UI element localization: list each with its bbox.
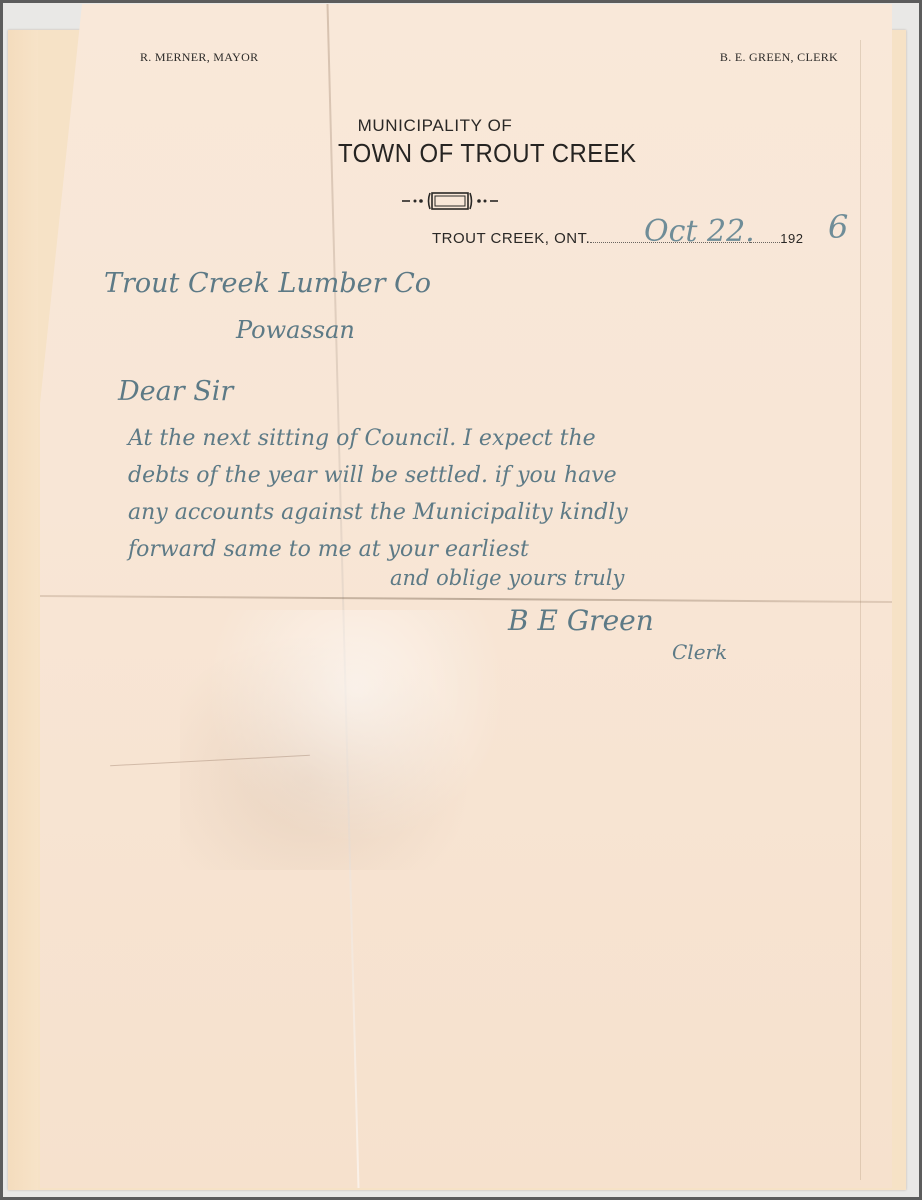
addressee-place: Powassan — [236, 316, 355, 344]
closing: and oblige yours truly — [390, 566, 624, 590]
handwritten-date: Oct 22. — [644, 214, 755, 249]
municipality-of-text: MUNICIPALITY OF — [358, 116, 513, 135]
date-blank-line-2 — [750, 230, 780, 243]
rectangle-ornament-icon — [400, 190, 500, 210]
letterhead-mayor: R. MERNER, MAYOR — [140, 50, 258, 65]
handwritten-year-digit: 6 — [828, 208, 848, 246]
year-prefix: 192 — [780, 231, 803, 246]
body-line: debts of the year will be settled. if yo… — [128, 457, 828, 494]
addressee: Trout Creek Lumber Co — [104, 268, 431, 299]
signer-title: Clerk — [672, 640, 727, 664]
letterhead-clerk: B. E. GREEN, CLERK — [720, 50, 838, 65]
right-fold-line — [860, 40, 861, 1180]
body-line: At the next sitting of Council. I expect… — [128, 420, 828, 457]
letter-body: At the next sitting of Council. I expect… — [128, 420, 828, 568]
signature: B E Green — [508, 604, 654, 637]
salutation: Dear Sir — [118, 376, 233, 407]
back-sheet-edge — [8, 30, 38, 1190]
letterhead-municipality-of: MUNICIPALITY OF — [0, 116, 922, 136]
dateline-place: TROUT CREEK, ONT. — [432, 230, 590, 247]
town-name-text: TOWN OF TROUT CREEK — [338, 138, 636, 169]
letterhead-town-name: TOWN OF TROUT CREEK — [0, 138, 922, 169]
body-line: forward same to me at your earliest — [128, 531, 828, 568]
body-line: any accounts against the Municipality ki… — [128, 494, 828, 531]
